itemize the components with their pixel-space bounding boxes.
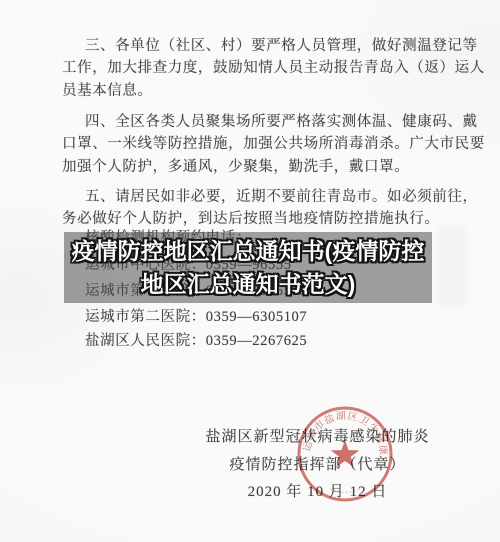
doc-line: 三、各单位（社区、村）要严格人员管理，做好测温登记等: [85, 36, 478, 56]
doc-line-hotline: 运城市第二医院：0359—6305107: [85, 307, 307, 327]
doc-line: 务必做好个人防护，到达后按照当地疫情防控措施执行。: [62, 209, 440, 229]
seal-bottom-marks: [330, 489, 360, 492]
doc-line: 四、全区各类人员聚集场所要严格落实测体温、健康码、戴: [85, 112, 478, 132]
star-icon: [331, 440, 360, 467]
caption-title-line1: 疫情防控地区汇总通知书(疫情防控: [72, 235, 425, 268]
doc-line: 加强个人防护，多通风，少聚集，勤洗手，戴口罩。: [62, 157, 409, 177]
caption-title-line2: 地区汇总通知书范文): [141, 268, 356, 301]
doc-line-hotline: 盐湖区人民医院：0359—2267625: [85, 331, 307, 351]
doc-line: 工作，加大排查力度，鼓励知情人员主动报告青岛入（返）运人: [62, 58, 485, 78]
scan-smudge: [437, 226, 467, 308]
caption-overlay: 疫情防控地区汇总通知书(疫情防控 地区汇总通知书范文): [64, 232, 432, 303]
doc-line: 五、请居民如非必要，近期不要前往青岛市。如必须前往，: [85, 187, 478, 207]
screenshot-root: 三、各单位（社区、村）要严格人员管理，做好测温登记等 工作，加大排查力度，鼓励知…: [0, 0, 500, 542]
doc-line: 口罩、一米线等防控措施，加强公共场所消毒消杀。广大市民要: [62, 134, 485, 154]
document-page: 三、各单位（社区、村）要严格人员管理，做好测温登记等 工作，加大排查力度，鼓励知…: [0, 0, 500, 542]
official-seal: 运城市盐湖区卫生健康局: [292, 403, 398, 509]
doc-line: 员基本信息。: [62, 81, 153, 101]
